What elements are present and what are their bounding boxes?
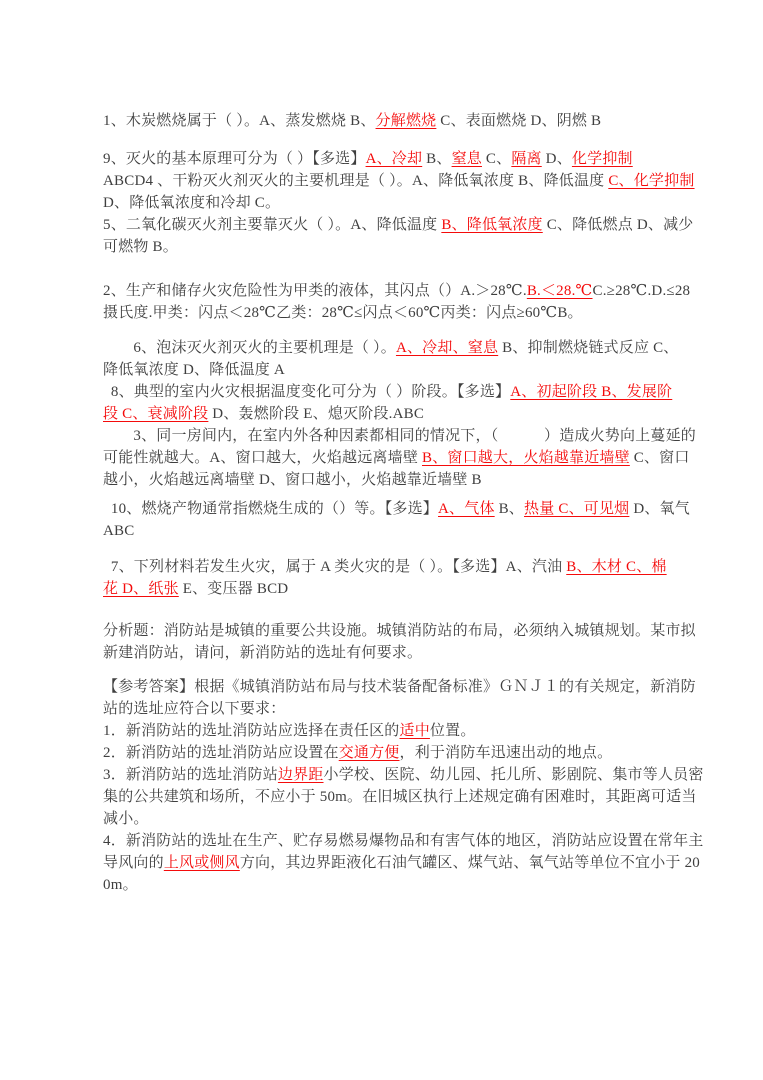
text-run: 分析题：消防站是城镇的重要公共设施。城镇消防站的布局，必须纳入城镇规划。某市拟 — [103, 623, 696, 639]
text-line: 8、典型的室内火灾根据温度变化可分为（ ）阶段。【多选】A、初起阶段 B、发展阶 — [103, 381, 703, 403]
text-line: 段 C、衰减阶段 D、轰燃阶段 E、熄灭阶段.ABC — [103, 403, 703, 425]
text-run: C.≥28℃.D.≤28 — [593, 283, 691, 299]
answer-highlight: 适中 — [400, 723, 430, 739]
text-line: 越小，火焰越远离墙壁 D、窗口越小，火焰越靠近墙壁 B — [103, 469, 703, 491]
text-line: 可燃物 B。 — [103, 236, 703, 258]
answer-highlight: 隔离 — [511, 151, 541, 167]
text-run: ，利于消防车迅速出动的地点。 — [400, 745, 613, 761]
text-run: B、 — [495, 501, 524, 517]
answer-highlight: 段 C、衰减阶段 — [103, 406, 208, 422]
exam-document: 1、木炭燃烧属于（ ）。A、蒸发燃烧 B、分解燃烧 C、表面燃烧 D、阴燃 B9… — [103, 110, 703, 896]
text-line: 3、同一房间内，在室内外各种因素都相同的情况下，（ ）造成火势向上蔓延的 — [103, 425, 703, 447]
text-line: 可能性就越大。A、窗口越大，火焰越远离墙壁 B、窗口越大，火焰越靠近墙壁 C、窗… — [103, 447, 703, 469]
answer-highlight: B、降低氧浓度 — [441, 217, 542, 233]
text-run: 3．新消防站的选址消防站 — [103, 767, 278, 783]
text-line: 2、生产和储存火灾危险性为甲类的液体，其闪点（）A.＞28℃.B.＜28.℃C.… — [103, 280, 703, 302]
answer-highlight: B、窗口越大，火焰越靠近墙壁 — [422, 450, 630, 466]
text-run: 可能性就越大。A、窗口越大，火焰越远离墙壁 — [103, 450, 422, 466]
text-run: 可燃物 B。 — [103, 239, 178, 255]
text-line: 1．新消防站的选址消防站应选择在责任区的适中位置。 — [103, 720, 703, 742]
text-run: 1．新消防站的选址消防站应选择在责任区的 — [103, 723, 400, 739]
text-run: 8、典型的室内火灾根据温度变化可分为（ ）阶段。【多选】 — [103, 384, 510, 400]
text-run: D、氧气 — [629, 501, 690, 517]
text-line: 10、燃烧产物通常指燃烧生成的（）等。【多选】A、气体 B、热量 C、可见烟 D… — [103, 498, 703, 520]
paragraph: 7、下列材料若发生火灾，属于 A 类火灾的是（ ）。【多选】A、汽油 B、木材 … — [103, 556, 703, 600]
text-line: 站的选址应符合以下要求： — [103, 698, 703, 720]
answer-highlight: A、冷却 — [366, 151, 423, 167]
text-run: ABC — [103, 523, 134, 539]
paragraph: 1、木炭燃烧属于（ ）。A、蒸发燃烧 B、分解燃烧 C、表面燃烧 D、阴燃 B — [103, 110, 703, 132]
answer-highlight: B.＜28.℃ — [527, 283, 593, 299]
paragraph: 【参考答案】根据《城镇消防站布局与技术装备配备标准》ＧＮＪ１的有关规定，新消防站… — [103, 676, 703, 896]
text-line: 集的公共建筑和场所，不应小于 50m。在旧城区执行上述规定确有困难时，其距离可适… — [103, 786, 703, 808]
text-run: C、 — [482, 151, 511, 167]
text-line: 7、下列材料若发生火灾，属于 A 类火灾的是（ ）。【多选】A、汽油 B、木材 … — [103, 556, 703, 578]
text-run: C、窗口 — [630, 450, 690, 466]
answer-highlight: 花 D、纸张 — [103, 581, 179, 597]
paragraph: 分析题：消防站是城镇的重要公共设施。城镇消防站的布局，必须纳入城镇规划。某市拟新… — [103, 620, 703, 664]
text-run: D、 — [542, 151, 572, 167]
answer-highlight: A、初起阶段 B、发展阶 — [510, 384, 672, 400]
text-run: B、 — [422, 151, 451, 167]
text-line: 摄氏度.甲类：闪点＜28℃乙类：28℃≤闪点＜60℃丙类：闪点≥60℃B。 — [103, 302, 703, 324]
text-line: 6、泡沫灭火剂灭火的主要机理是（ ）。A、冷却、窒息 B、抑制燃烧链式反应 C、 — [103, 337, 703, 359]
text-run: 0m。 — [103, 877, 138, 893]
text-run: 减小。 — [103, 811, 149, 827]
document-page: { "page": { "background": "#ffffff", "te… — [0, 0, 763, 1080]
answer-highlight: 交通方便 — [339, 745, 400, 761]
text-run: ABCD4 、干粉灭火剂灭火的主要机理是（ ）。A、降低氧浓度 B、降低温度 — [103, 173, 608, 189]
text-run: 5、二氧化碳灭火剂主要靠灭火（ ）。A、降低温度 — [103, 217, 441, 233]
text-line: 2．新消防站的选址消防站应设置在交通方便，利于消防车迅速出动的地点。 — [103, 742, 703, 764]
text-line: 导风向的上风或侧风方向，其边界距液化石油气罐区、煤气站、氧气站等单位不宜小于 2… — [103, 852, 703, 874]
text-run: 新建消防站，请问，新消防站的选址有何要求。 — [103, 645, 422, 661]
answer-highlight: A、气体 — [438, 501, 495, 517]
paragraph: 6、泡沫灭火剂灭火的主要机理是（ ）。A、冷却、窒息 B、抑制燃烧链式反应 C、… — [103, 337, 703, 491]
text-line: ABC — [103, 520, 703, 542]
text-run: 集的公共建筑和场所，不应小于 50m。在旧城区执行上述规定确有困难时，其距离可适… — [103, 789, 697, 805]
text-line: 花 D、纸张 E、变压器 BCD — [103, 578, 703, 600]
text-run: 2、生产和储存火灾危险性为甲类的液体，其闪点（）A.＞28℃. — [103, 283, 527, 299]
text-run: 方向，其边界距液化石油气罐区、煤气站、氧气站等单位不宜小于 20 — [240, 855, 700, 871]
text-run: D、轰燃阶段 E、熄灭阶段.ABC — [208, 406, 424, 422]
answer-highlight: 窒息 — [452, 151, 482, 167]
text-run: 站的选址应符合以下要求： — [103, 701, 285, 717]
text-run: E、变压器 BCD — [179, 581, 289, 597]
text-run: 1、木炭燃烧属于（ ）。A、蒸发燃烧 B、 — [103, 113, 376, 129]
text-line: 1、木炭燃烧属于（ ）。A、蒸发燃烧 B、分解燃烧 C、表面燃烧 D、阴燃 B — [103, 110, 703, 132]
answer-highlight: A、冷却、窒息 — [396, 340, 498, 356]
text-run: C、降低燃点 D、减少 — [543, 217, 694, 233]
text-run: 【参考答案】根据《城镇消防站布局与技术装备配备标准》ＧＮＪ１的有关规定，新消防 — [103, 679, 696, 695]
answer-highlight: 化学抑制 — [572, 151, 633, 167]
text-line: 3．新消防站的选址消防站边界距小学校、医院、幼儿园、托儿所、影剧院、集市等人员密 — [103, 764, 703, 786]
answer-highlight: 上风或侧风 — [164, 855, 240, 871]
text-line: 降低氧浓度 D、降低温度 A — [103, 359, 703, 381]
text-run: 3、同一房间内，在室内外各种因素都相同的情况下，（ ）造成火势向上蔓延的 — [103, 428, 696, 444]
text-run: D、降低氧浓度和冷却 C。 — [103, 195, 280, 211]
text-line: 9、灭火的基本原理可分为（ ）【多选】A、冷却 B、窒息 C、隔离 D、化学抑制 — [103, 148, 703, 170]
answer-highlight: C、化学抑制 — [608, 173, 694, 189]
text-line: 减小。 — [103, 808, 703, 830]
answer-highlight: B、木材 C、棉 — [566, 559, 666, 575]
paragraph: 10、燃烧产物通常指燃烧生成的（）等。【多选】A、气体 B、热量 C、可见烟 D… — [103, 498, 703, 542]
text-run: 导风向的 — [103, 855, 164, 871]
paragraph: 2、生产和储存火灾危险性为甲类的液体，其闪点（）A.＞28℃.B.＜28.℃C.… — [103, 280, 703, 324]
paragraph: 9、灭火的基本原理可分为（ ）【多选】A、冷却 B、窒息 C、隔离 D、化学抑制… — [103, 148, 703, 258]
text-run: B、抑制燃烧链式反应 C、 — [498, 340, 678, 356]
answer-highlight: 热量 C、可见烟 — [524, 501, 629, 517]
answer-highlight: 分解燃烧 — [376, 113, 437, 129]
text-run: 4．新消防站的选址在生产、贮存易燃易爆物品和有害气体的地区，消防站应设置在常年主 — [103, 833, 704, 849]
text-run: 小学校、医院、幼儿园、托儿所、影剧院、集市等人员密 — [324, 767, 704, 783]
text-line: 【参考答案】根据《城镇消防站布局与技术装备配备标准》ＧＮＪ１的有关规定，新消防 — [103, 676, 703, 698]
text-run: 位置。 — [430, 723, 476, 739]
answer-highlight: 边界距 — [278, 767, 324, 783]
text-line: 新建消防站，请问，新消防站的选址有何要求。 — [103, 642, 703, 664]
text-run: 2．新消防站的选址消防站应设置在 — [103, 745, 339, 761]
text-run: 6、泡沫灭火剂灭火的主要机理是（ ）。 — [103, 340, 396, 356]
text-line: D、降低氧浓度和冷却 C。 — [103, 192, 703, 214]
text-line: 0m。 — [103, 874, 703, 896]
text-line: 分析题：消防站是城镇的重要公共设施。城镇消防站的布局，必须纳入城镇规划。某市拟 — [103, 620, 703, 642]
text-line: 5、二氧化碳灭火剂主要靠灭火（ ）。A、降低温度 B、降低氧浓度 C、降低燃点 … — [103, 214, 703, 236]
text-run: 越小，火焰越远离墙壁 D、窗口越小，火焰越靠近墙壁 B — [103, 472, 482, 488]
text-run: C、表面燃烧 D、阴燃 B — [436, 113, 601, 129]
text-run: 9、灭火的基本原理可分为（ ）【多选】 — [103, 151, 366, 167]
text-run: 降低氧浓度 D、降低温度 A — [103, 362, 285, 378]
text-run: 摄氏度.甲类：闪点＜28℃乙类：28℃≤闪点＜60℃丙类：闪点≥60℃B。 — [103, 305, 583, 321]
text-run: 7、下列材料若发生火灾，属于 A 类火灾的是（ ）。【多选】A、汽油 — [103, 559, 566, 575]
text-line: 4．新消防站的选址在生产、贮存易燃易爆物品和有害气体的地区，消防站应设置在常年主 — [103, 830, 703, 852]
text-line: ABCD4 、干粉灭火剂灭火的主要机理是（ ）。A、降低氧浓度 B、降低温度 C… — [103, 170, 703, 192]
text-run: 10、燃烧产物通常指燃烧生成的（）等。【多选】 — [103, 501, 438, 517]
